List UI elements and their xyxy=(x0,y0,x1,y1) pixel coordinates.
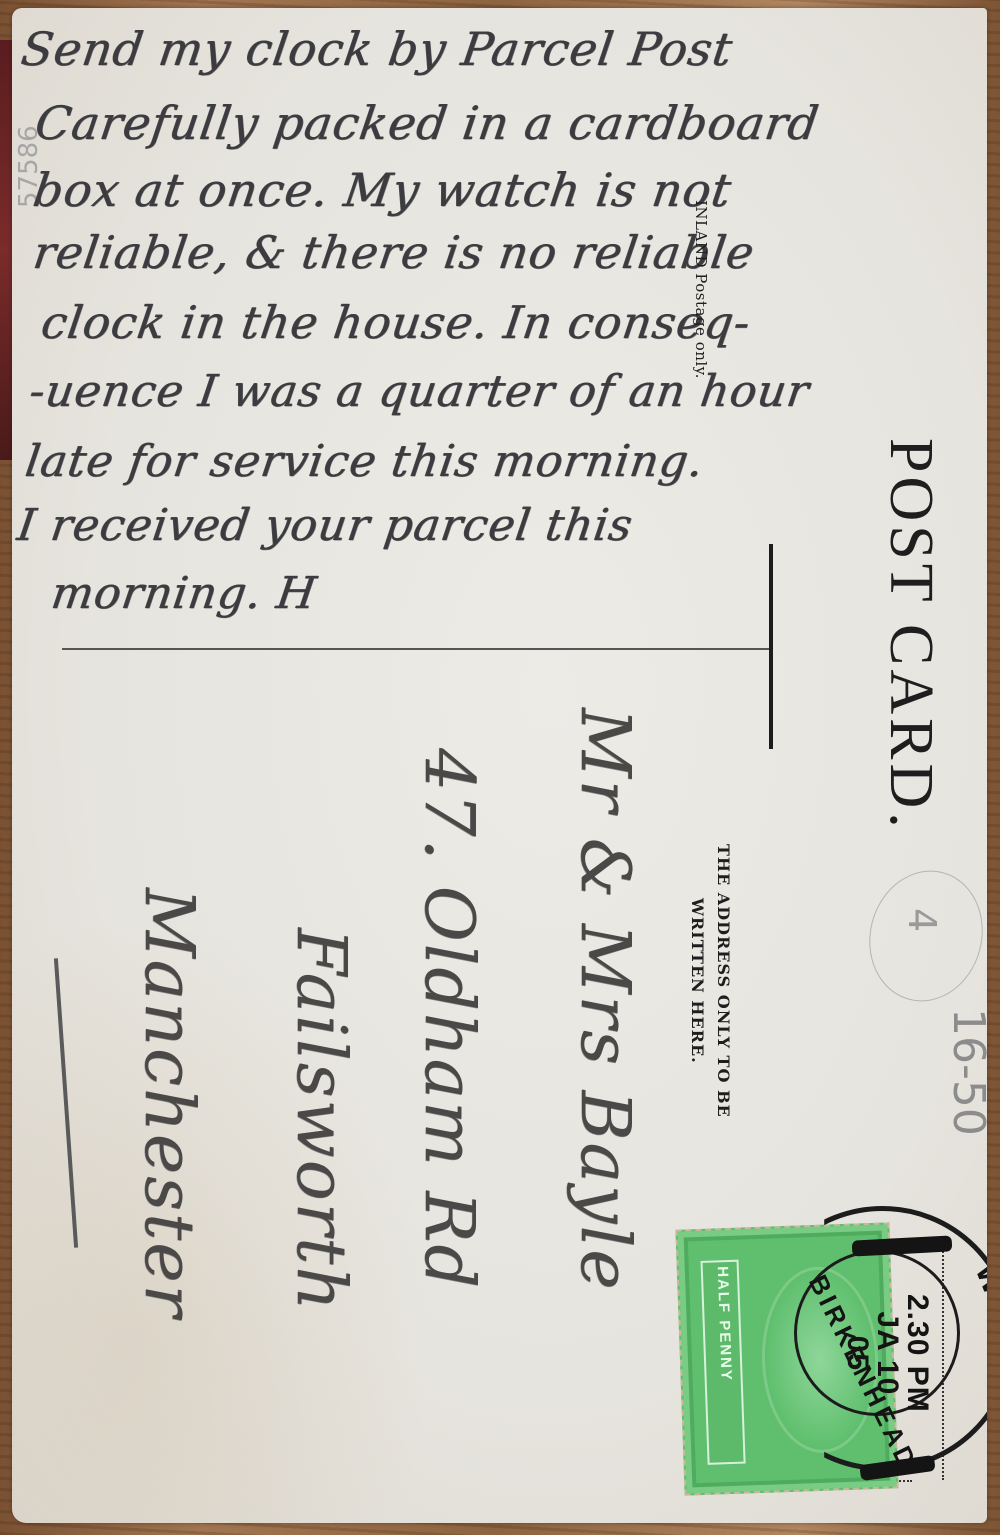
stamp-value-label: HALF PENNY xyxy=(714,1266,735,1382)
address-instruction-line-2: WRITTEN HERE. xyxy=(684,844,710,1118)
postmark-date: JA 10 xyxy=(872,1294,902,1413)
message-line-5: clock in the house. In conseq- xyxy=(38,296,754,349)
address-instruction: THE ADDRESS ONLY TO BE WRITTEN HERE. xyxy=(684,844,736,1118)
message-line-1: Send my clock by Parcel Post xyxy=(18,22,736,76)
message-line-2: Carefully packed in a cardboard xyxy=(32,96,823,150)
divider-vertical xyxy=(769,544,773,749)
postmark-year: 05 xyxy=(842,1294,872,1413)
address-line-4: Manchester xyxy=(129,888,208,1319)
address-line-1: Mr & Mrs Bayle xyxy=(565,708,644,1291)
postcard-title: POST CARD. xyxy=(875,438,946,832)
stamp-value-tablet: HALF PENNY xyxy=(701,1260,746,1465)
divider-horizontal xyxy=(62,648,769,650)
message-line-7: late for service this morning. xyxy=(22,436,707,487)
pencil-price: 16-50 xyxy=(943,1008,987,1136)
message-line-3: box at once. My watch is not xyxy=(30,163,735,217)
address-line-2: 47. Oldham Rd xyxy=(409,748,488,1290)
address-instruction-line-1: THE ADDRESS ONLY TO BE xyxy=(710,844,736,1118)
inland-postage-note: INLAND Postage only. xyxy=(692,200,710,379)
postcard-back: 57586 Send my clock by Parcel Post Caref… xyxy=(12,8,987,1523)
postmark-date-block: 2.30 PM JA 10 05 xyxy=(842,1294,932,1413)
message-line-4: reliable, & there is no reliable xyxy=(30,226,758,279)
postmark-time: 2.30 PM xyxy=(902,1294,932,1413)
message-line-9: morning. H xyxy=(48,568,320,619)
address-line-3: Failsworth xyxy=(281,928,360,1312)
message-line-8: I received your parcel this xyxy=(14,500,636,551)
pencil-circled-number: 4 xyxy=(900,908,944,932)
pencil-circle xyxy=(855,858,987,1014)
